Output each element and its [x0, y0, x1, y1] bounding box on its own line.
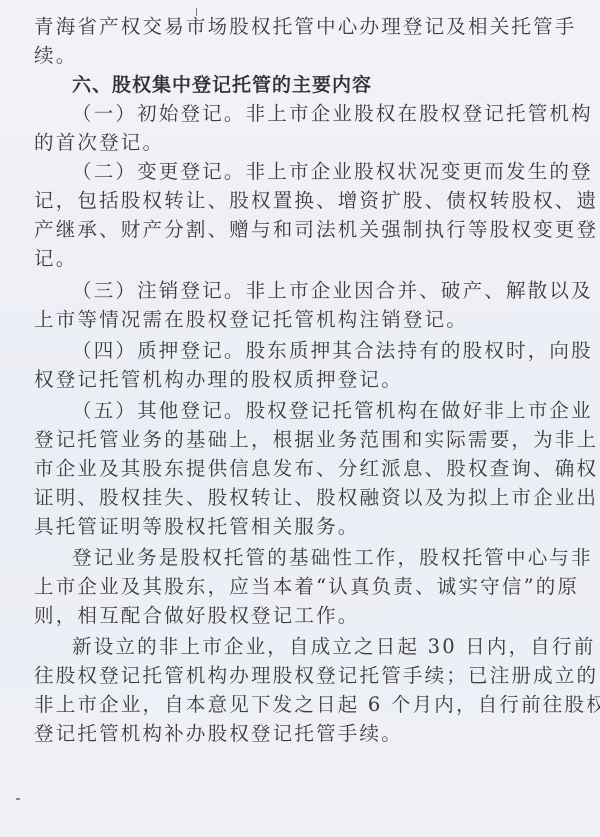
text-line: （一）初始登记。非上市企业股权在股权登记托管机构	[72, 99, 593, 129]
text-line: 上市企业及其股东，应当本着“认真负责、诚实守信”的原	[34, 572, 579, 602]
text-line: 青海省产权交易市场股权托管中心办理登记及相关托管手	[34, 12, 577, 42]
text-line: 产继承、财产分割、赠与和司法机关强制执行等股权变更登	[34, 215, 598, 245]
text-line: 登记业务是股权托管的基础性工作，股权托管中心与非	[72, 543, 593, 573]
text-line: 则，相互配合做好股权登记工作。	[34, 601, 360, 631]
text-line: 非上市企业，自本意见下发之日起 6 个月内，自行前往股权	[34, 690, 600, 720]
text-line: 登记托管业务的基础上，根据业务范围和实际需要，为非上	[34, 425, 598, 455]
text-line: 记。	[34, 244, 77, 274]
text-line: 权登记托管机构办理的股权质押登记。	[34, 365, 403, 395]
text-line: 市企业及其股东提供信息发布、分红派息、股权查询、确权	[34, 454, 598, 484]
text-line: 记，包括股权转让、股权置换、增资扩股、债权转股权、遗	[34, 186, 598, 216]
text-line: （四）质押登记。股东质押其合法持有的股权时，向股	[72, 336, 593, 366]
scanned-document-page: 青海省产权交易市场股权托管中心办理登记及相关托管手 续。 六、股权集中登记托管的…	[0, 0, 600, 837]
text-line: 上市等情况需在股权登记托管机构注销登记。	[34, 305, 468, 335]
section-heading: 六、股权集中登记托管的主要内容	[72, 70, 372, 100]
text-line: 登记托管机构补办股权登记托管手续。	[34, 719, 403, 749]
text-line: 往股权登记托管机构办理股权登记托管手续；已注册成立的	[34, 661, 598, 691]
text-line: 具托管证明等股权托管相关服务。	[34, 512, 360, 542]
text-line: 续。	[34, 41, 77, 71]
scan-mark	[16, 798, 20, 800]
text-line: 的首次登记。	[34, 128, 164, 158]
text-line: 证明、股权挂失、股权转让、股权融资以及为拟上市企业出	[34, 483, 598, 513]
text-line: 新设立的非上市企业，自成立之日起 30 日内，自行前	[72, 632, 595, 662]
text-line: （二）变更登记。非上市企业股权状况变更而发生的登	[72, 157, 593, 187]
text-line: （五）其他登记。股权登记托管机构在做好非上市企业	[72, 396, 593, 426]
text-line: （三）注销登记。非上市企业因合并、破产、解散以及	[72, 276, 593, 306]
